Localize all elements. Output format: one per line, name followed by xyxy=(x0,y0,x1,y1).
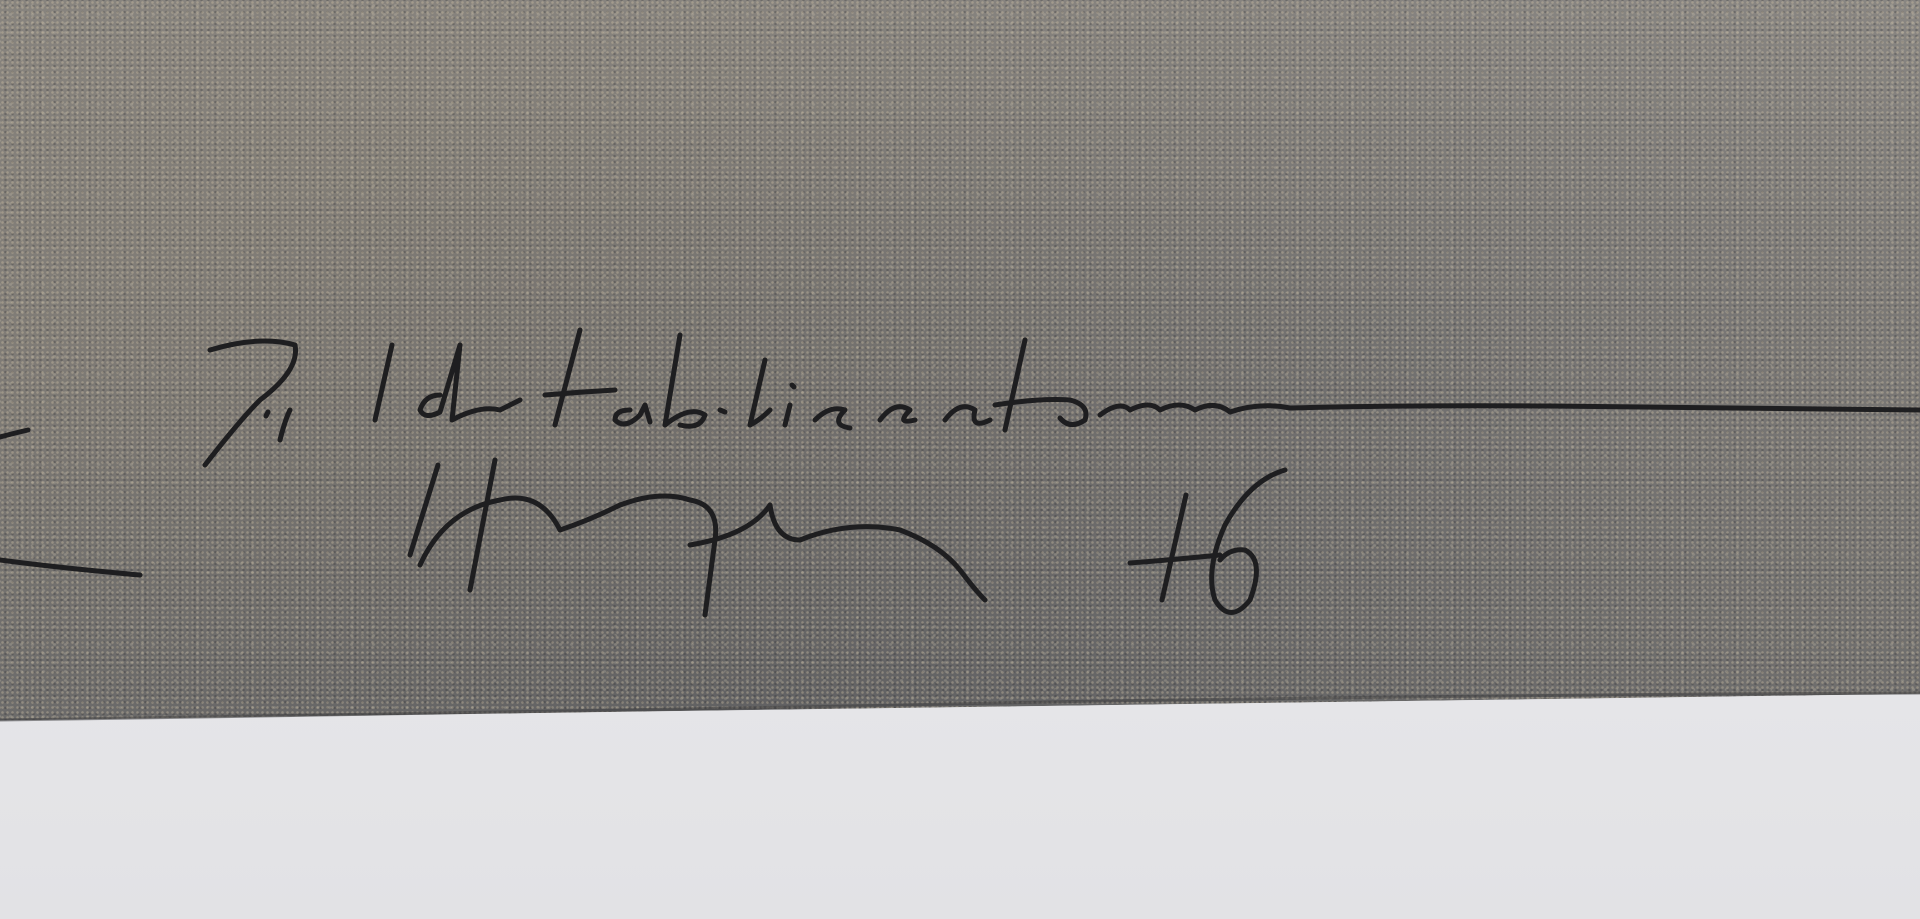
edition-stroke xyxy=(1162,495,1186,600)
print-photo: Bildstabilisatoren Hagen +6 xyxy=(0,0,1920,919)
title-stroke xyxy=(205,341,296,465)
pencil-inscription xyxy=(0,0,1920,919)
